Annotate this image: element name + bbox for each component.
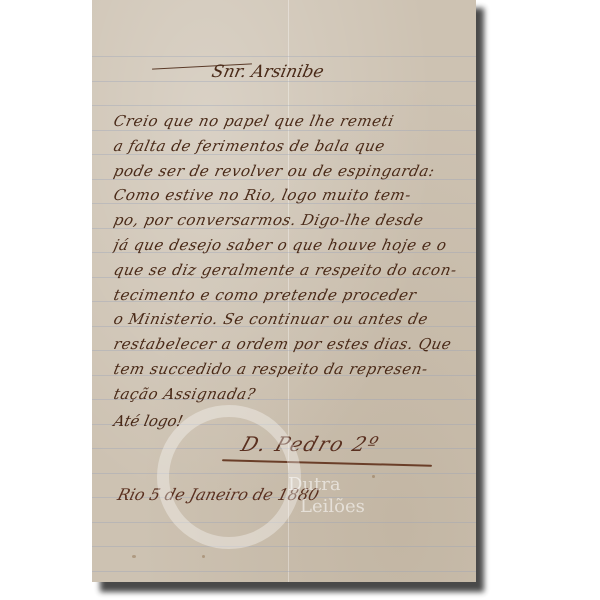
letter-line: Como estive no Rio, logo muito tem- <box>112 186 468 204</box>
letter-line: tem succedido a respeito da represen- <box>112 360 468 378</box>
watermark-logo-icon <box>157 405 301 549</box>
ruling-line <box>92 56 476 57</box>
letter-line: Creio que no papel que lhe remeti <box>112 112 468 130</box>
letter-line: po, por conversarmos. Digo-lhe desde <box>112 211 468 229</box>
salutation: Snr. Arsinibe <box>210 62 326 82</box>
letter-line: pode ser de revolver ou de espingarda: <box>112 162 468 180</box>
letter-line: que se diz geralmente a respeito do acon… <box>112 261 468 279</box>
letter-line: restabelecer a ordem por estes dias. Que <box>112 335 468 353</box>
watermark-text-2: Leilões <box>300 496 365 517</box>
letter-line: tecimento e como pretende proceder <box>112 286 468 304</box>
ruling-line <box>92 571 476 572</box>
letter-line: a falta de ferimentos de bala que <box>112 137 468 155</box>
letter-line: tação Assignada? <box>112 385 468 403</box>
stain <box>202 555 205 558</box>
watermark-text-1: Dutra <box>288 474 341 495</box>
stain <box>372 475 375 478</box>
letter-line: o Ministerio. Se continuar ou antes de <box>112 310 468 328</box>
closing: Até logo! <box>112 412 185 430</box>
ruling-line <box>92 546 476 547</box>
stain <box>132 555 136 558</box>
ruling-line <box>92 105 476 106</box>
letter-paper: Snr. Arsinibe Creio que no papel que lhe… <box>92 0 476 582</box>
letter-line: já que desejo saber o que houve hoje e o <box>112 236 468 254</box>
